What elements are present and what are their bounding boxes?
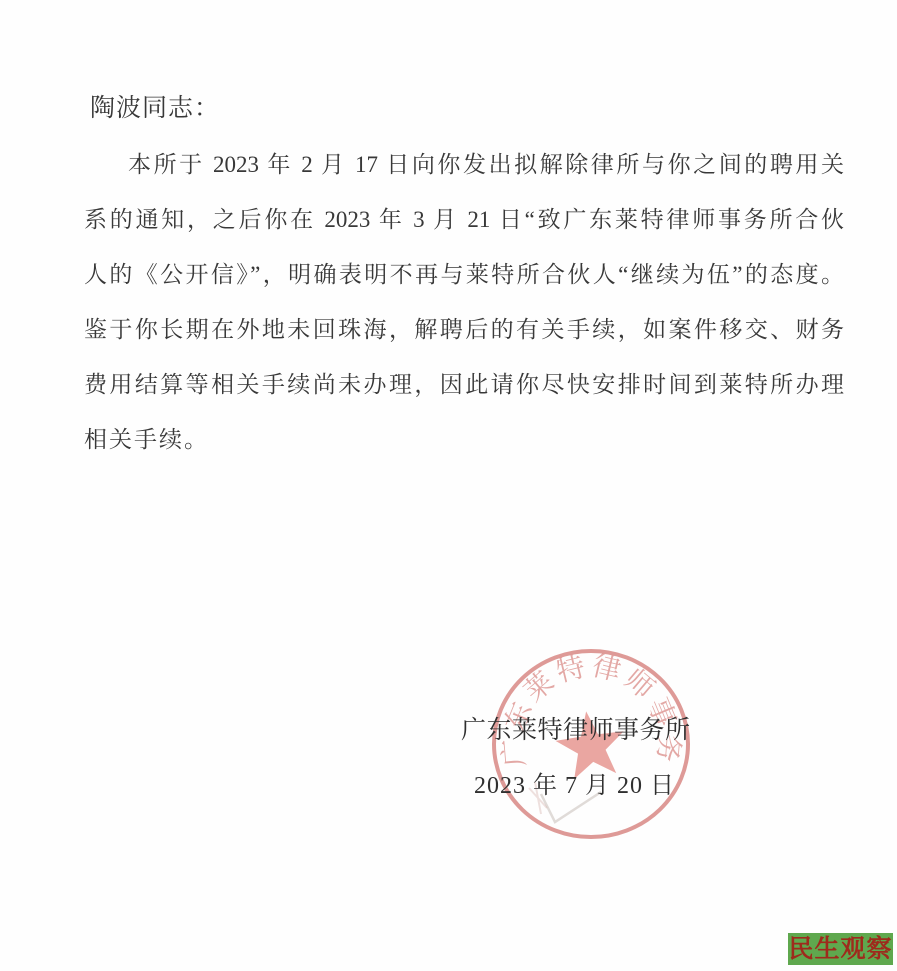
body-line-5: 费用结算等相关手续尚未办理，因此请你尽快安排时间到莱特所办理: [84, 357, 844, 412]
letter-document: 陶波同志： 本所于 2023 年 2 月 17 日向你发出拟解除律所与你之间的聘…: [0, 0, 897, 971]
body-line-1: 本所于 2023 年 2 月 17 日向你发出拟解除律所与你之间的聘用关: [84, 137, 844, 192]
signature-date: 2023 年 7 月 20 日: [474, 765, 675, 800]
body-line-2: 系的通知，之后你在 2023 年 3 月 21 日“致广东莱特律师事务所合伙: [84, 192, 844, 247]
salutation: 陶波同志：: [90, 88, 220, 124]
watermark-text: 民生观察: [788, 937, 892, 962]
signature-firm-name: 广东莱特律师事务所: [461, 710, 691, 746]
body-line-6: 相关手续。: [84, 412, 844, 467]
body-line-3: 人的《公开信》”，明确表明不再与莱特所合伙人“继续为伍”的态度。: [84, 247, 844, 302]
letter-body: 本所于 2023 年 2 月 17 日向你发出拟解除律所与你之间的聘用关 系的通…: [84, 137, 844, 467]
watermark-badge: 民生观察: [788, 933, 893, 965]
body-line-4: 鉴于你长期在外地未回珠海，解聘后的有关手续，如案件移交、财务: [84, 302, 844, 357]
